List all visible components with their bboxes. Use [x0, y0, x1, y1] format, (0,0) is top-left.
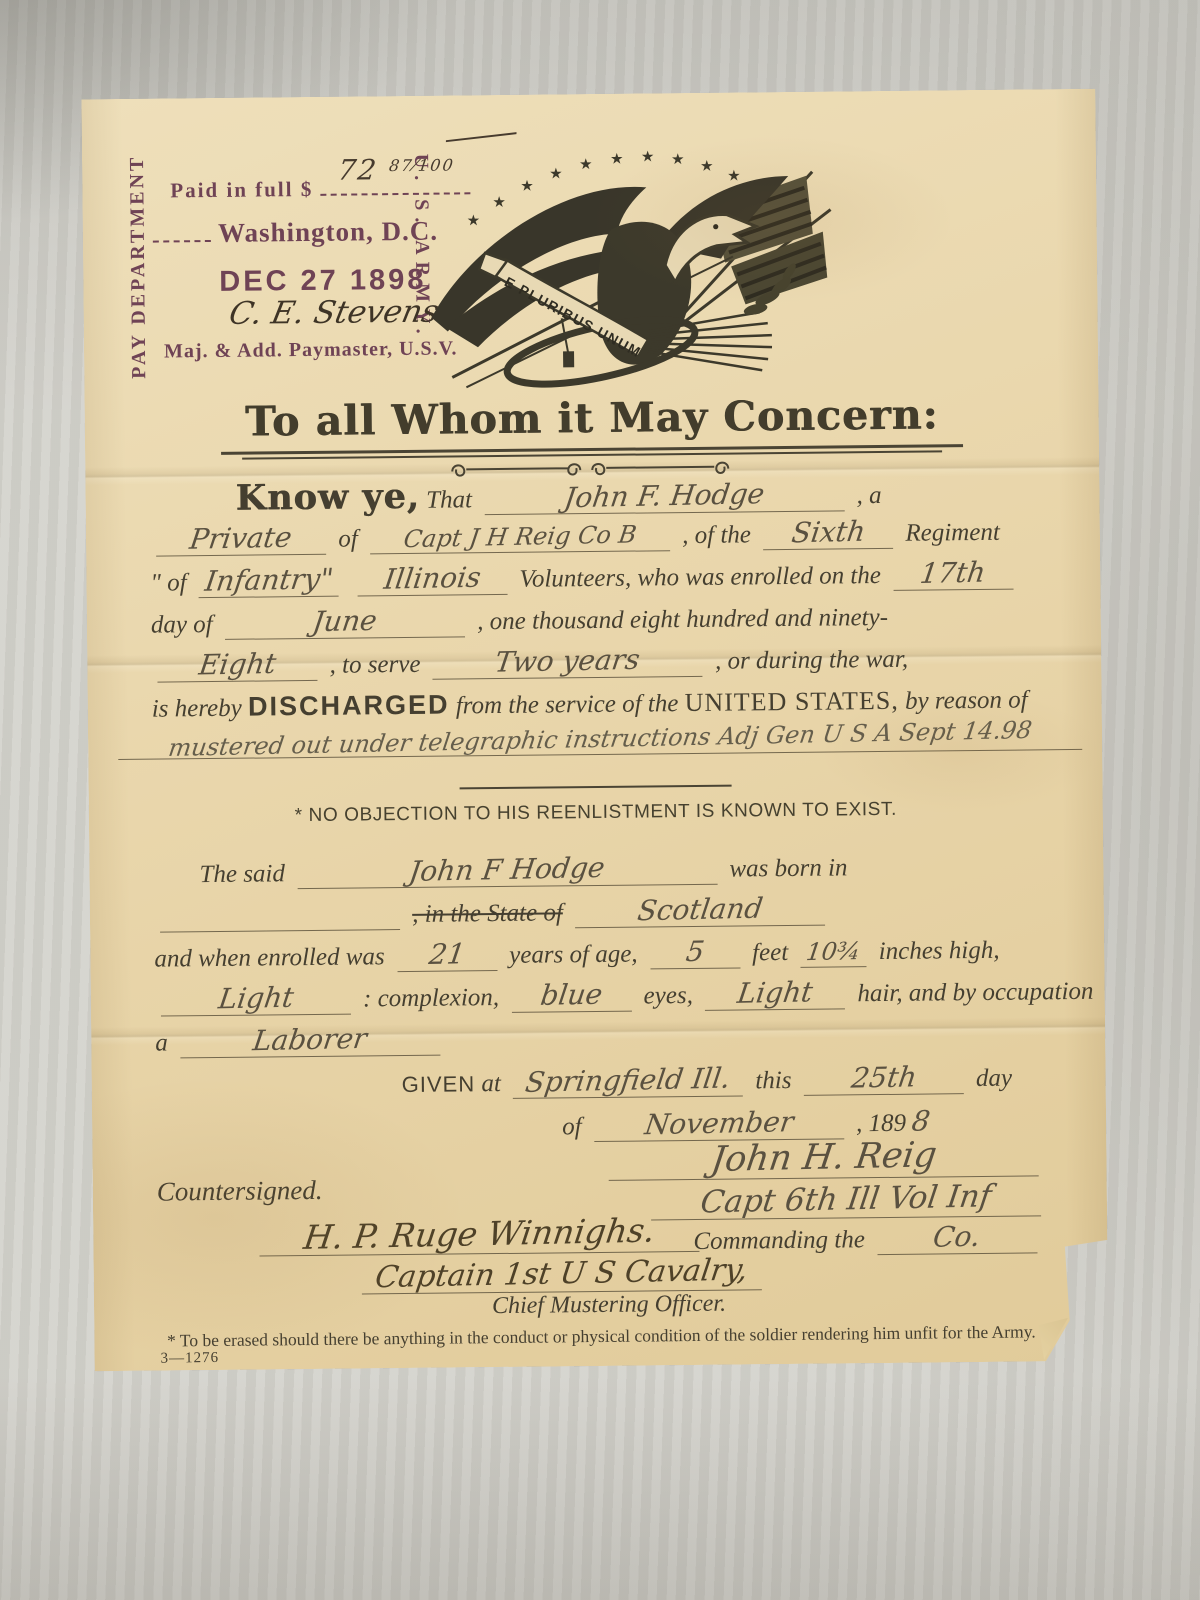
birthplace-blank: Scotland	[575, 894, 825, 929]
printed-of: of	[338, 525, 358, 552]
know-ye-lead: Know ye,	[235, 476, 420, 519]
regiment-number-blank: Sixth	[763, 517, 893, 551]
united-states-word: UNITED STATES,	[684, 686, 898, 717]
separator-rule	[460, 785, 732, 790]
branch: Infantry"	[203, 564, 335, 596]
given-place: Springfield Ill.	[524, 1064, 733, 1098]
printed-commanding-the: Commanding the	[693, 1226, 865, 1255]
countersigned-label: Countersigned.	[157, 1175, 323, 1208]
svg-text:★: ★	[520, 177, 534, 195]
regiment-number: Sixth	[789, 517, 866, 548]
photo-scene: PAY DEPARTMENT U. S. ARMY. Paid in full …	[0, 0, 1200, 1600]
printed-quote-of: " of	[150, 569, 186, 596]
inches-blank: 10¾	[800, 939, 866, 968]
line-discharged: is hereby DISCHARGED from the service of…	[152, 683, 1028, 723]
printed-eyes: eyes,	[643, 982, 693, 1010]
enrolled-day: 17th	[919, 558, 988, 589]
company: Capt J H Reig Co B	[402, 522, 638, 552]
svg-text:★: ★	[467, 211, 481, 229]
commander-signature: John H. Reig	[708, 1137, 938, 1179]
line-occupation: a Laborer	[155, 1024, 446, 1059]
printed-comma-a: , a	[856, 482, 881, 509]
occupation-blank: Laborer	[180, 1024, 440, 1059]
stamp-dashes	[153, 230, 211, 243]
said-name-blank: John F Hodge	[297, 853, 717, 890]
complexion-blank: Light	[161, 983, 351, 1017]
svg-text:★: ★	[492, 193, 506, 211]
line-given-at: GIVEN at Springfield Ill. this 25th day	[402, 1062, 1013, 1101]
printed-was-born-in: was born in	[729, 854, 847, 882]
given-place-blank: Springfield Ill.	[513, 1064, 743, 1099]
printed-volunteers: Volunteers, who was enrolled on the	[519, 562, 881, 593]
birthplace: Scotland	[636, 894, 765, 926]
printed-day: day	[976, 1065, 1012, 1092]
height-inches: 10¾	[805, 939, 862, 965]
enrollment-month: June	[311, 606, 379, 637]
rank-blank: Private	[156, 523, 326, 557]
printed-given: GIVEN	[402, 1071, 476, 1097]
svg-text:★: ★	[549, 164, 563, 182]
line-countersigner-title: Captain 1st U S Cavalry,	[356, 1256, 768, 1294]
line-the-said: The said John F Hodge was born in	[199, 851, 847, 890]
company-blank: Capt J H Reig Co B	[370, 523, 670, 554]
svg-text:★: ★	[641, 147, 655, 165]
printed-to-serve: , to serve	[329, 651, 420, 679]
svg-text:★: ★	[671, 150, 685, 168]
line-enrollment-month: day of June , one thousand eight hundred…	[151, 601, 888, 641]
stamp-paid-label: Paid in full $	[170, 177, 313, 202]
printed-a: a	[155, 1029, 168, 1056]
complexion: Light	[216, 983, 295, 1014]
tassel	[562, 318, 574, 366]
age-blank: 21	[397, 939, 497, 972]
countersigner-signature: H. P. Ruge Winnighs.	[302, 1214, 658, 1256]
line-commander-signature: John H. Reig	[602, 1137, 1044, 1180]
line-know-ye: Know ye, That John F. Hodge , a	[235, 471, 881, 519]
printed-regiment: Regiment	[905, 519, 1000, 547]
printed-day-of: day of	[151, 611, 213, 639]
paymaster-signature-row: C. E. Stevens	[229, 294, 438, 332]
printed-inches-high: inches high,	[879, 937, 1000, 965]
footnote: * To be erased should there be anything …	[94, 1321, 1108, 1353]
countersigner-office: Chief Mustering Officer.	[492, 1291, 726, 1320]
age: 21	[427, 939, 467, 969]
printed-or-during: , or during the war,	[715, 646, 908, 675]
occupation: Laborer	[251, 1024, 369, 1056]
said-name: John F Hodge	[407, 853, 606, 887]
line-commander-title: Capt 6th Ill Vol Inf	[645, 1181, 1047, 1220]
given-year-digit: 8	[910, 1104, 932, 1137]
fraction-numerator: 87	[388, 156, 415, 175]
given-month: November	[643, 1107, 795, 1140]
reason-blank: mustered out under telegraphic instructi…	[118, 722, 1082, 760]
printed-from-service: from the service of the	[456, 690, 679, 719]
printed-years-of-age: years of age,	[509, 941, 638, 969]
commander-title: Capt 6th Ill Vol Inf	[699, 1180, 994, 1219]
birthplace-blank-empty	[160, 898, 400, 933]
year-written: Eight	[197, 649, 278, 680]
paymaster-stamp: PAY DEPARTMENT U. S. ARMY. Paid in full …	[110, 132, 442, 365]
stamp-city-row: Washington, D.C.	[153, 216, 439, 250]
commander-title-blank: Capt 6th Ill Vol Inf	[651, 1181, 1041, 1220]
hair-color: Light	[736, 977, 815, 1008]
commanding-unit-blank: Co.	[877, 1221, 1037, 1255]
svg-text:★: ★	[610, 150, 624, 168]
printed-year-text: , one thousand eight hundred and ninety-	[477, 604, 888, 635]
svg-text:★: ★	[700, 157, 714, 175]
soldier-name-blank: John F. Hodge	[484, 479, 844, 515]
printed-189: , 189	[856, 1110, 906, 1138]
given-day: 25th	[849, 1062, 918, 1093]
line-discharge-reason: mustered out under telegraphic instructi…	[118, 721, 1082, 760]
printed-the-said: The said	[199, 860, 285, 888]
eyes-blank: blue	[511, 980, 631, 1014]
printed-of-the: , of the	[682, 521, 751, 549]
page-title: To all Whom it May Concern:	[85, 389, 1099, 448]
rank: Private	[188, 523, 294, 555]
discharge-certificate: PAY DEPARTMENT U. S. ARMY. Paid in full …	[81, 89, 1108, 1372]
eagle-emblem: ★★★ ★★★ ★★★ ★★★ ★	[414, 115, 847, 389]
paid-amount-dollars: 72	[336, 153, 380, 186]
stamp-city: Washington, D.C.	[218, 216, 438, 248]
countersigner-title: Captain 1st U S Cavalry,	[373, 1254, 749, 1293]
printed-is-hereby: is hereby	[152, 695, 242, 723]
printed-feet: feet	[752, 939, 788, 966]
printed-that: That	[426, 486, 472, 513]
state-blank: Illinois	[357, 563, 507, 597]
printed-in-state-of: , in the State of	[412, 899, 563, 928]
printed-hair-occupation: hair, and by occupation	[857, 978, 1093, 1007]
paymaster-signature: C. E. Stevens	[226, 294, 442, 332]
given-day-blank: 25th	[804, 1062, 964, 1096]
printed-complexion: : complexion,	[363, 984, 499, 1012]
printed-this: this	[755, 1067, 791, 1094]
line-countersigner-signature: H. P. Ruge Winnighs.	[253, 1215, 705, 1256]
printed-at: at	[481, 1070, 501, 1097]
year-written-blank: Eight	[157, 649, 317, 683]
reenlistment-note: * NO OBJECTION TO HIS REENLISTMENT IS KN…	[89, 797, 1103, 830]
printed-when-enrolled: and when enrolled was	[154, 943, 385, 972]
svg-text:★: ★	[727, 166, 741, 184]
svg-text:★: ★	[579, 155, 593, 173]
enrolled-day-blank: 17th	[893, 558, 1013, 592]
form-number: 3—1276	[160, 1350, 219, 1368]
countersigner-signature-blank: H. P. Ruge Winnighs.	[259, 1215, 699, 1256]
height-feet: 5	[684, 937, 706, 967]
stamp-pay-department-label: PAY DEPARTMENT	[126, 155, 151, 379]
printed-given-of: of	[562, 1113, 582, 1140]
month-blank: June	[225, 605, 465, 640]
branch-blank: Infantry"	[199, 565, 339, 599]
hair-blank: Light	[705, 977, 845, 1011]
line-term: Eight , to serve Two years , or during t…	[151, 643, 908, 683]
line-birthplace: , in the State of Scotland	[154, 894, 831, 933]
paymaster-title: Maj. & Add. Paymaster, U.S.V.	[164, 337, 458, 363]
line-rank-company: Private of Capt J H Reig Co B , of the S…	[150, 516, 1000, 557]
commanding-unit: Co.	[932, 1222, 983, 1252]
state: Illinois	[382, 563, 482, 594]
printed-by-reason: by reason of	[905, 686, 1028, 714]
term-blank: Two years	[433, 645, 703, 680]
line-complexion: Light : complexion, blue eyes, Light hai…	[155, 975, 1094, 1017]
discharge-reason: mustered out under telegraphic instructi…	[167, 718, 1034, 761]
countersigner-title-blank: Captain 1st U S Cavalry,	[362, 1256, 762, 1294]
line-age-height: and when enrolled was 21 years of age, 5…	[154, 934, 999, 975]
commander-signature-blank: John H. Reig	[608, 1137, 1038, 1180]
feet-blank: 5	[650, 936, 740, 969]
term: Two years	[493, 645, 641, 677]
eye-color: blue	[539, 980, 605, 1011]
soldier-name: John F. Hodge	[562, 479, 766, 513]
discharged-word: DISCHARGED	[248, 690, 450, 722]
line-branch-state: " of Infantry" Illinois Volunteers, who …	[150, 558, 1019, 599]
